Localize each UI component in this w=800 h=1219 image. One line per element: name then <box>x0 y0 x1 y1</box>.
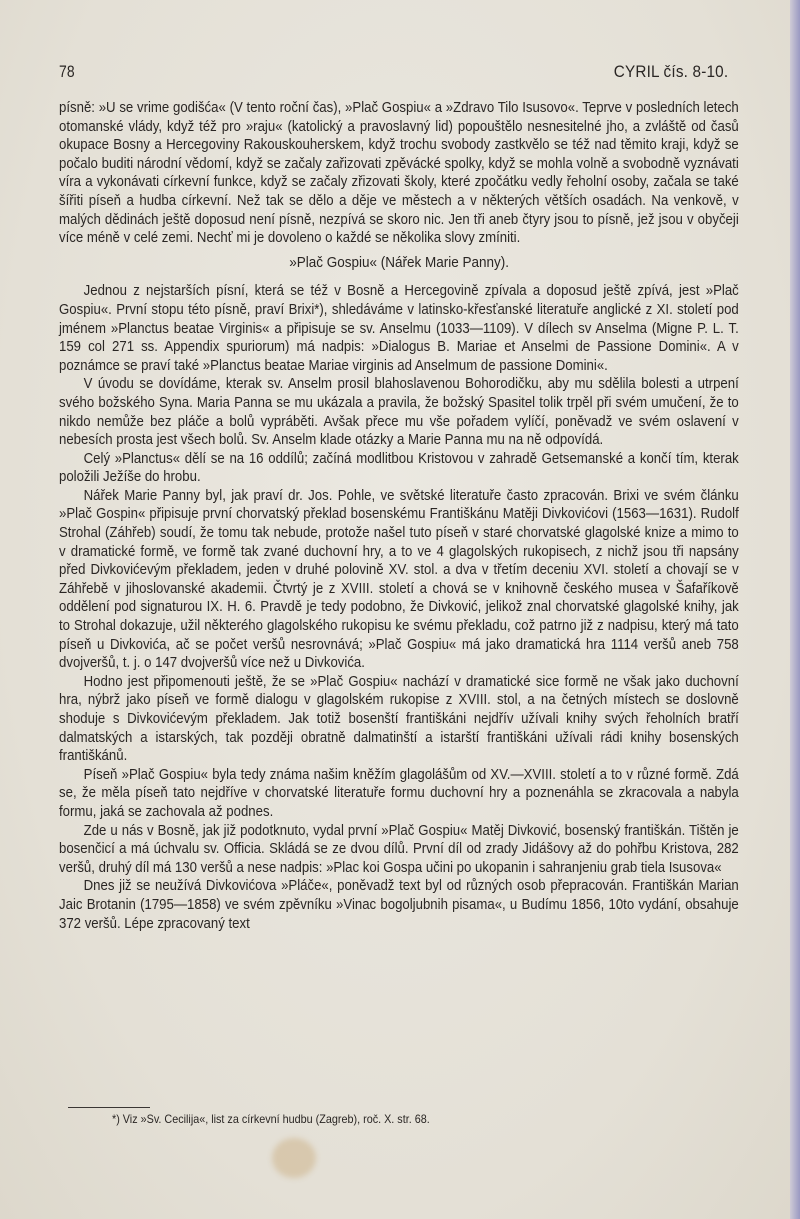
paragraph-intro: písně: »U se vrime godišća« (V tento roč… <box>59 99 739 248</box>
section-heading: »Plač Gospiu« (Nářek Marie Panny). <box>59 254 739 273</box>
running-header: 78 CYRIL čís. 8-10. <box>59 62 728 82</box>
paragraph: Celý »Planctus« dělí se na 16 oddílů; za… <box>59 450 739 487</box>
paragraph: V úvodu se dovídáme, kterak sv. Anselm p… <box>59 375 739 449</box>
footnote-rule <box>68 1107 150 1108</box>
paragraph: Nářek Marie Panny byl, jak praví dr. Jos… <box>59 487 739 673</box>
paper-stain <box>272 1138 316 1178</box>
paragraph: Zde u nás v Bosně, jak již podotknuto, v… <box>59 822 739 878</box>
paragraph: Hodno jest připomenouti ještě, že se »Pl… <box>59 673 739 766</box>
paragraph: Píseň »Plač Gospiu« byla tedy známa naši… <box>59 766 739 822</box>
paragraph: Jednou z nejstarších písní, která se též… <box>59 282 739 375</box>
paragraph: Dnes již se neužívá Divkovićova »Pláče«,… <box>59 877 739 933</box>
footnote: *) Viz »Sv. Cecilija«, list za církevní … <box>112 1112 430 1126</box>
article-body: písně: »U se vrime godišća« (V tento roč… <box>59 99 739 933</box>
journal-title: CYRIL čís. 8-10. <box>613 62 728 82</box>
page-edge <box>790 0 800 1219</box>
page-number: 78 <box>59 62 75 82</box>
